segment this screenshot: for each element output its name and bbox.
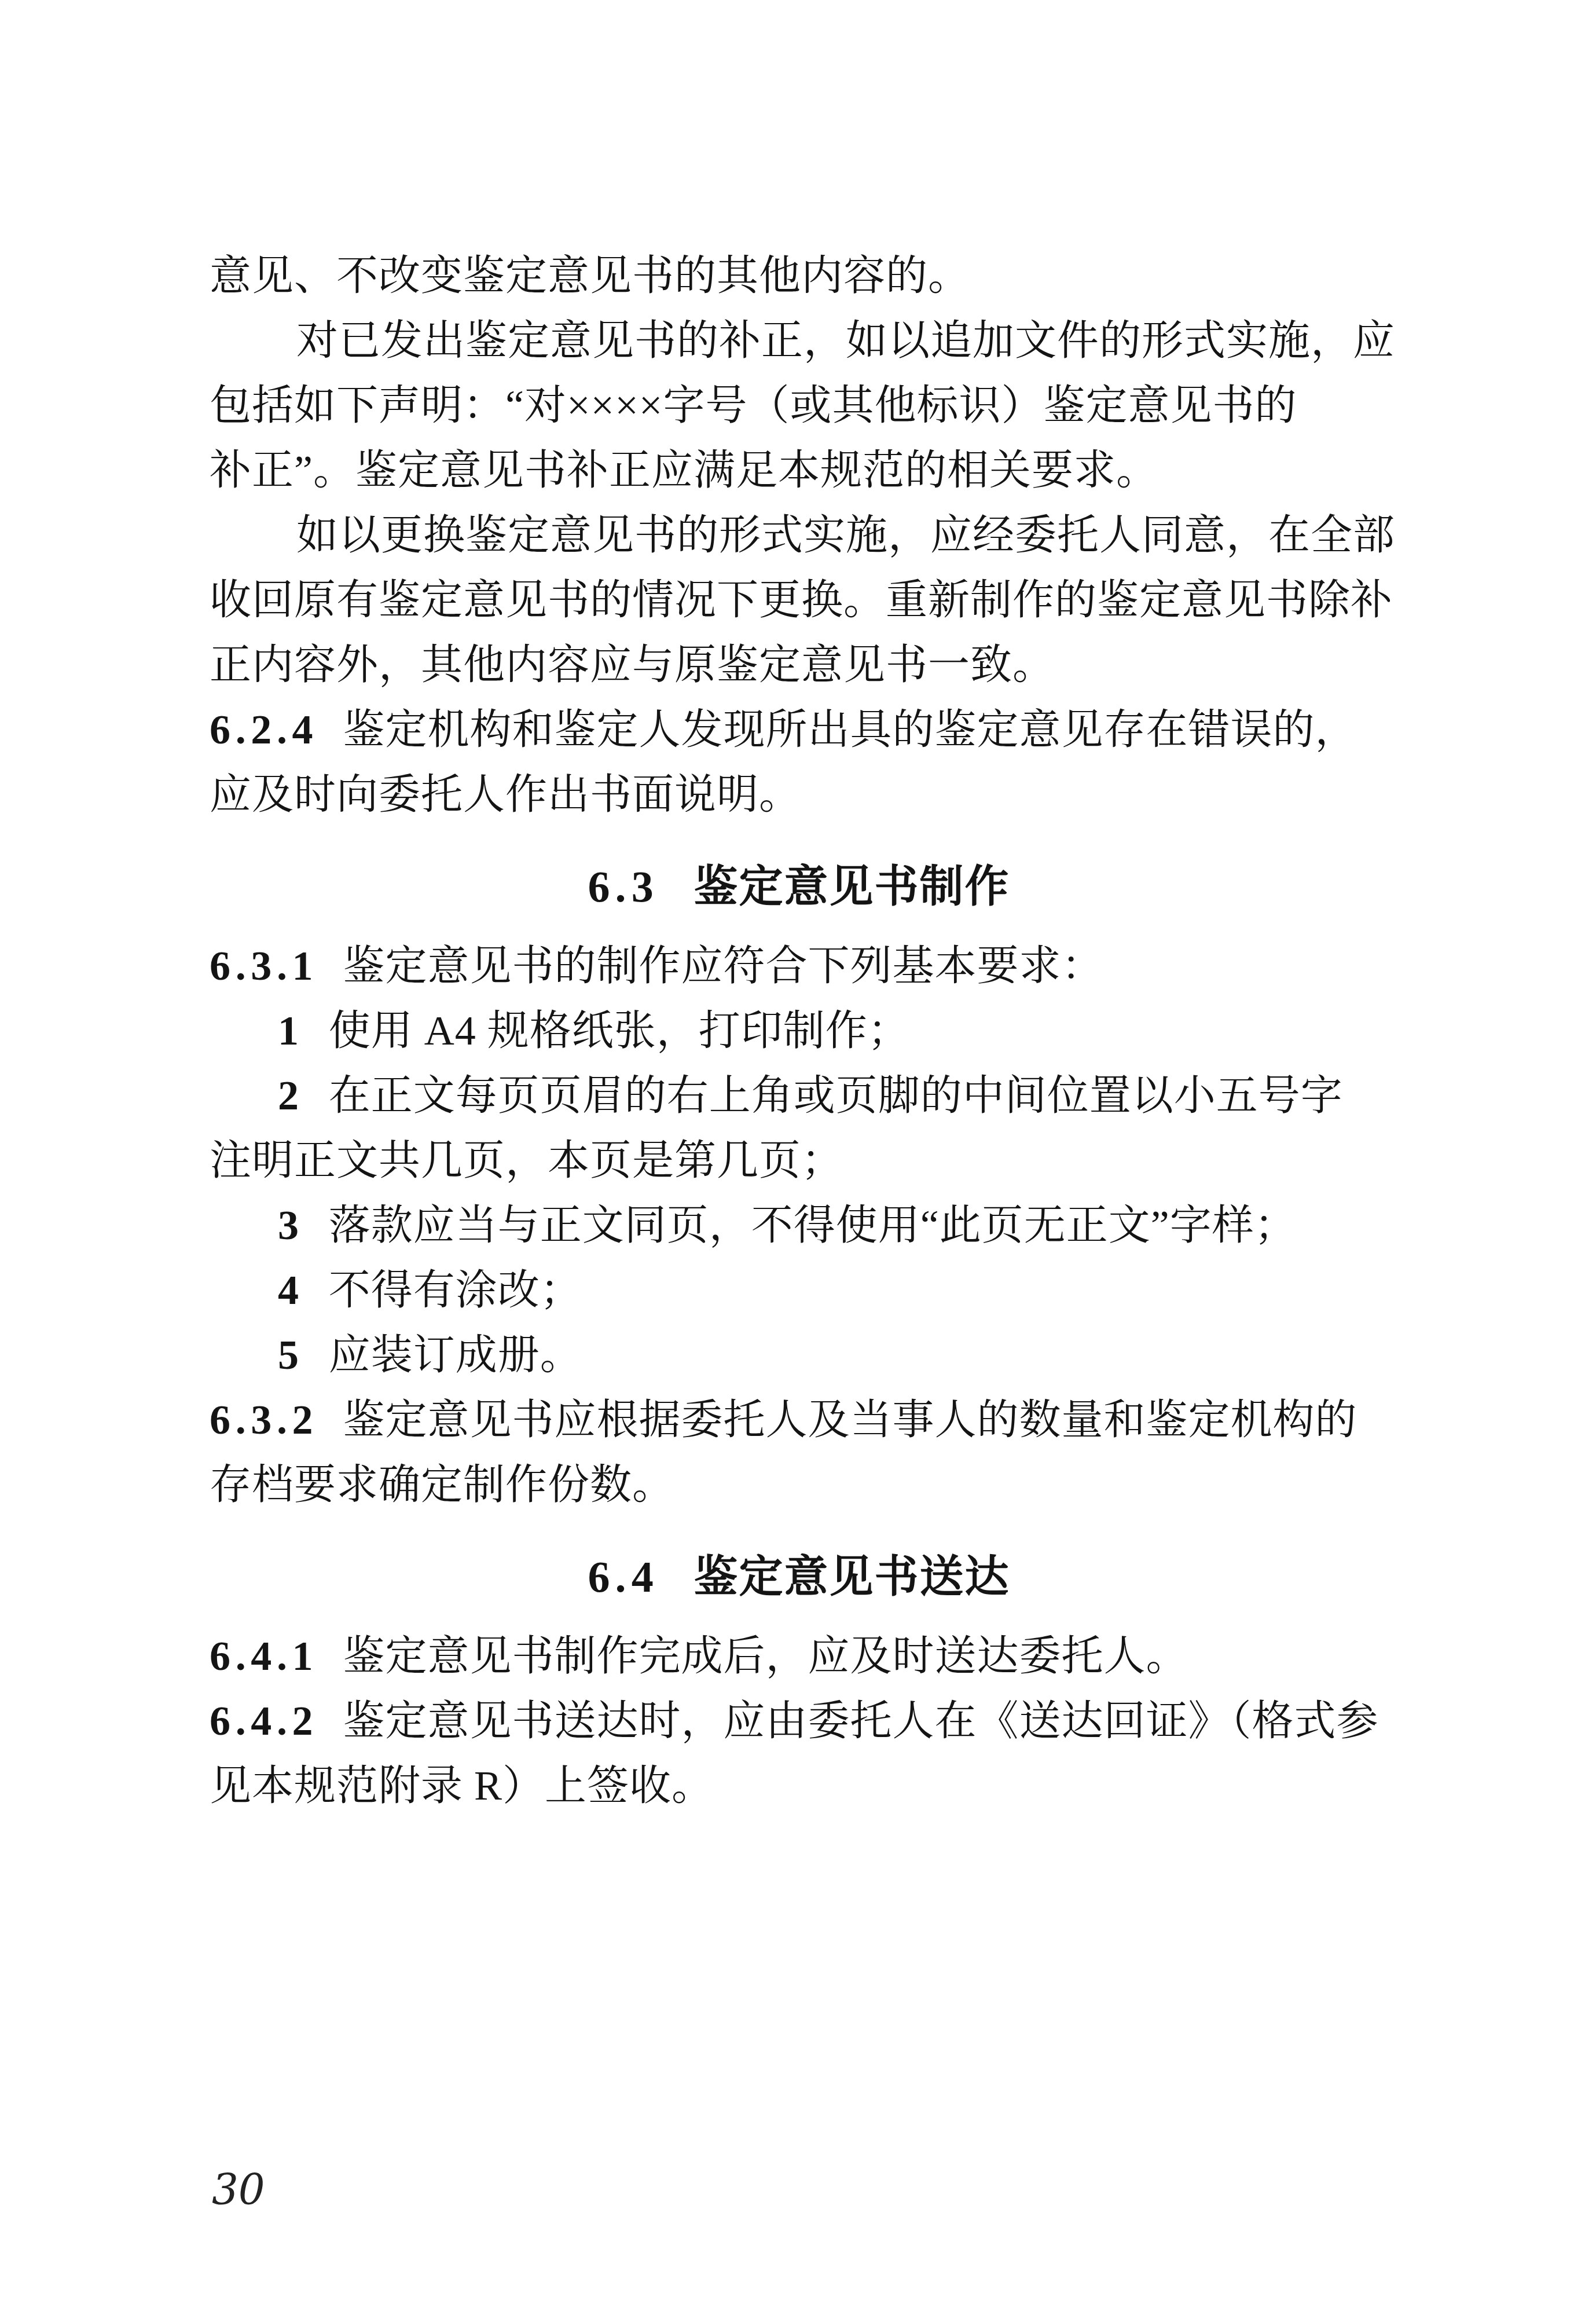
paragraph-line: 注明正文共几页，本页是第几页； [210,1128,1388,1193]
line-text: 鉴定意见书应根据委托人及当事人的数量和鉴定机构的 [343,1397,1357,1443]
line-text: 补正”。鉴定意见书补正应满足本规范的相关要求。 [210,447,1158,493]
clause-number: 4 [278,1267,304,1313]
line-text: 意见、不改变鉴定意见书的其他内容的。 [210,252,970,299]
numbered-paragraph-line: 6.4.1鉴定意见书制作完成后，应及时送达委托人。 [210,1624,1388,1688]
section-heading-text: 鉴定意见书送达 [694,1552,1010,1602]
line-text: 鉴定机构和鉴定人发现所出具的鉴定意见存在错误的， [343,706,1357,753]
numbered-paragraph-line: 6.3.1鉴定意见书的制作应符合下列基本要求： [210,933,1388,998]
paragraph-line: 对已发出鉴定意见书的补正，如以追加文件的形式实施，应 [210,308,1388,373]
line-text: 使用 A4 规格纸张，打印制作； [329,1007,910,1054]
line-text: 如以更换鉴定意见书的形式实施，应经委托人同意，在全部 [296,512,1395,558]
section-number: 6.4 [588,1553,658,1602]
line-text: 应装订成册。 [329,1332,582,1378]
page-number: 30 [212,2167,265,2213]
paragraph-line: 应及时向委托人作出书面说明。 [210,762,1388,827]
paragraph-line: 包括如下声明：“对××××字号（或其他标识）鉴定意见书的 [210,373,1388,438]
text-block: 意见、不改变鉴定意见书的其他内容的。对已发出鉴定意见书的补正，如以追加文件的形式… [210,243,1388,1818]
numbered-paragraph-line: 2在正文每页页眉的右上角或页脚的中间位置以小五号字 [210,1063,1388,1128]
line-text: 鉴定意见书送达时，应由委托人在《送达回证》（格式参 [343,1698,1378,1744]
clause-number: 6.4.1 [210,1633,318,1679]
numbered-paragraph-line: 6.2.4鉴定机构和鉴定人发现所出具的鉴定意见存在错误的， [210,697,1388,762]
section-heading-text: 鉴定意见书制作 [694,862,1010,911]
paragraph-line: 补正”。鉴定意见书补正应满足本规范的相关要求。 [210,438,1388,503]
line-text: 对已发出鉴定意见书的补正，如以追加文件的形式实施，应 [296,317,1395,364]
numbered-paragraph-line: 6.4.2鉴定意见书送达时，应由委托人在《送达回证》（格式参 [210,1688,1388,1753]
paragraph-line: 如以更换鉴定意见书的形式实施，应经委托人同意，在全部 [210,503,1388,567]
line-text: 应及时向委托人作出书面说明。 [210,771,801,818]
document-page: 意见、不改变鉴定意见书的其他内容的。对已发出鉴定意见书的补正，如以追加文件的形式… [0,0,1596,2312]
numbered-paragraph-line: 6.3.2鉴定意见书应根据委托人及当事人的数量和鉴定机构的 [210,1387,1388,1452]
line-text: 正内容外，其他内容应与原鉴定意见书一致。 [210,642,1055,688]
paragraph-line: 见本规范附录 R）上签收。 [210,1753,1388,1818]
paragraph-line: 存档要求确定制作份数。 [210,1452,1388,1517]
section-heading: 6.3鉴定意见书制作 [210,855,1388,919]
line-text: 收回原有鉴定意见书的情况下更换。重新制作的鉴定意见书除补 [210,577,1393,623]
paragraph-line: 正内容外，其他内容应与原鉴定意见书一致。 [210,632,1388,697]
numbered-paragraph-line: 1使用 A4 规格纸张，打印制作； [210,998,1388,1063]
clause-number: 1 [278,1007,304,1054]
line-text: 在正文每页页眉的右上角或页脚的中间位置以小五号字 [329,1072,1343,1119]
clause-number: 3 [278,1202,304,1248]
clause-number: 5 [278,1332,304,1378]
clause-number: 6.2.4 [210,706,318,753]
line-text: 见本规范附录 R）上签收。 [210,1763,714,1809]
section-number: 6.3 [588,863,658,911]
line-text: 鉴定意见书的制作应符合下列基本要求： [343,943,1103,989]
paragraph-line: 收回原有鉴定意见书的情况下更换。重新制作的鉴定意见书除补 [210,567,1388,632]
paragraph-line: 意见、不改变鉴定意见书的其他内容的。 [210,243,1388,308]
numbered-paragraph-line: 3落款应当与正文同页，不得使用“此页无正文”字样； [210,1193,1388,1258]
line-text: 注明正文共几页，本页是第几页； [210,1137,843,1184]
clause-number: 6.3.1 [210,943,318,989]
line-text: 存档要求确定制作份数。 [210,1461,674,1508]
numbered-paragraph-line: 4不得有涂改； [210,1258,1388,1322]
line-text: 包括如下声明：“对××××字号（或其他标识）鉴定意见书的 [210,382,1297,428]
line-text: 鉴定意见书制作完成后，应及时送达委托人。 [343,1633,1188,1679]
clause-number: 2 [278,1072,304,1119]
numbered-paragraph-line: 5应装订成册。 [210,1322,1388,1387]
section-heading: 6.4鉴定意见书送达 [210,1545,1388,1610]
clause-number: 6.4.2 [210,1698,318,1744]
line-text: 落款应当与正文同页，不得使用“此页无正文”字样； [329,1202,1297,1248]
line-text: 不得有涂改； [329,1267,582,1313]
clause-number: 6.3.2 [210,1397,318,1443]
